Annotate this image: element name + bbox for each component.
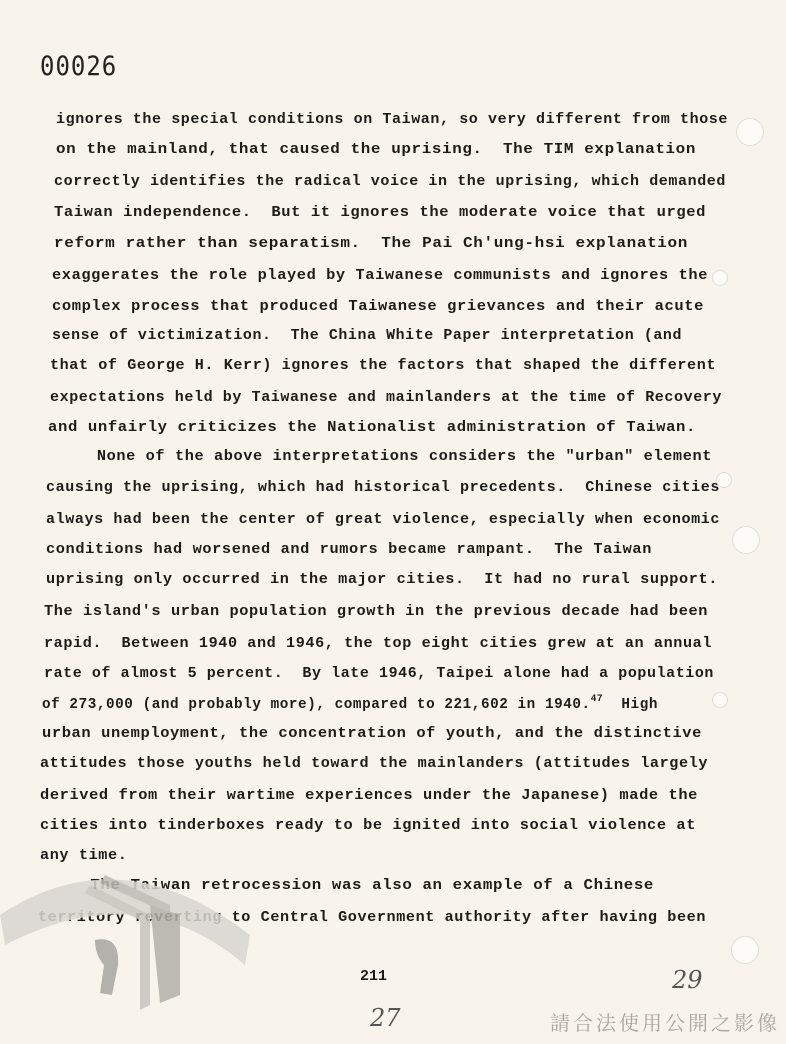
text-line: expectations held by Taiwanese and mainl… (50, 388, 722, 406)
punch-hole (712, 270, 728, 286)
text-line: rapid. Between 1940 and 1946, the top ei… (44, 634, 712, 652)
text-line: reform rather than separatism. The Pai C… (54, 234, 688, 252)
document-page: 00026 ignores the special conditions on … (0, 0, 786, 1044)
footnote-reference: 47 (591, 694, 603, 705)
text-line: Taiwan independence. But it ignores the … (54, 203, 706, 221)
text-line: always had been the center of great viol… (46, 510, 720, 528)
punch-hole (716, 472, 732, 488)
usage-watermark: 請合法使用公開之影像 (550, 1007, 780, 1036)
text-line: and unfairly criticizes the Nationalist … (48, 418, 696, 436)
archive-logo-icon (0, 845, 260, 1025)
text-line: complex process that produced Taiwanese … (52, 297, 704, 315)
text-line: The island's urban population growth in … (44, 602, 708, 620)
text-line: exaggerates the role played by Taiwanese… (52, 266, 708, 284)
archive-stamp-number: 00026 (40, 51, 117, 82)
text-line: cities into tinderboxes ready to be igni… (40, 816, 696, 834)
text-line: causing the uprising, which had historic… (46, 478, 720, 496)
text-line: correctly identifies the radical voice i… (54, 172, 726, 190)
punch-hole (736, 118, 764, 146)
text-line: that of George H. Kerr) ignores the fact… (50, 356, 716, 374)
handwritten-number: 27 (370, 1004, 401, 1032)
text-line: derived from their wartime experiences u… (40, 786, 698, 804)
page-number: 211 (360, 968, 387, 985)
text-line: of 273,000 (and probably more), compared… (42, 694, 658, 713)
text-line: urban unemployment, the concentration of… (42, 724, 702, 742)
text-line: on the mainland, that caused the uprisin… (56, 140, 696, 158)
text-line: sense of victimization. The China White … (52, 326, 682, 344)
punch-hole (712, 692, 728, 708)
text-line: None of the above interpretations consid… (48, 447, 712, 465)
text-line: conditions had worsened and rumors becam… (46, 540, 652, 558)
punch-hole (731, 936, 759, 964)
text-line: ignores the special conditions on Taiwan… (56, 110, 728, 128)
text-line: rate of almost 5 percent. By late 1946, … (44, 664, 714, 682)
handwritten-number: 29 (672, 966, 703, 994)
text-line: uprising only occurred in the major citi… (46, 570, 718, 588)
text-line: attitudes those youths held toward the m… (40, 754, 708, 772)
punch-hole (732, 526, 760, 554)
